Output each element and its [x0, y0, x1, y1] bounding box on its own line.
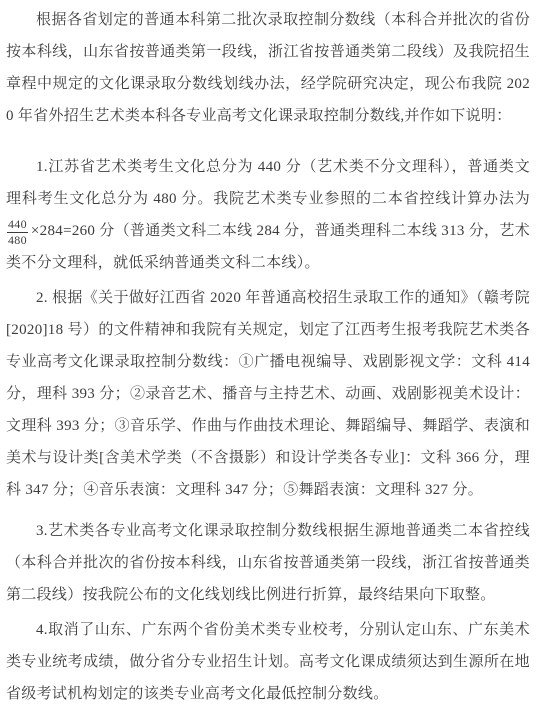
- fraction-numerator: 440: [7, 218, 28, 233]
- fraction-440-over-480: 440480: [7, 218, 28, 247]
- item1-text-before-fraction: 1.江苏省艺术类考生文化总分为 440 分（艺术类不分文理科），普通类文理科考生…: [6, 159, 530, 207]
- item1-jiangsu-paragraph: 1.江苏省艺术类考生文化总分为 440 分（艺术类不分文理科），普通类文理科考生…: [6, 151, 530, 279]
- item1-text-after-fraction: ×284=260 分（普通类文科二本线 284 分，普通类理科二本线 313 分…: [6, 223, 530, 271]
- notice-document-page: 根据各省划定的普通本科第二批次录取控制分数线（本科合并批次的省份按本科线，山东省…: [0, 0, 536, 722]
- fraction-denominator: 480: [7, 233, 28, 247]
- item4-shandong-guangdong-paragraph: 4.取消了山东、广东两个省份美术类专业校考，分别认定山东、广东美术类专业统考成绩…: [6, 614, 530, 710]
- item3-conversion-rule-paragraph: 3.艺术类各专业高考文化课录取控制分数线根据生源地普通类二本省控线（本科合并批次…: [6, 515, 530, 611]
- item2-jiangxi-paragraph: 2. 根据《关于做好江西省 2020 年普通高校招生录取工作的通知》（赣考院[2…: [6, 282, 530, 506]
- intro-paragraph: 根据各省划定的普通本科第二批次录取控制分数线（本科合并批次的省份按本科线，山东省…: [6, 4, 530, 132]
